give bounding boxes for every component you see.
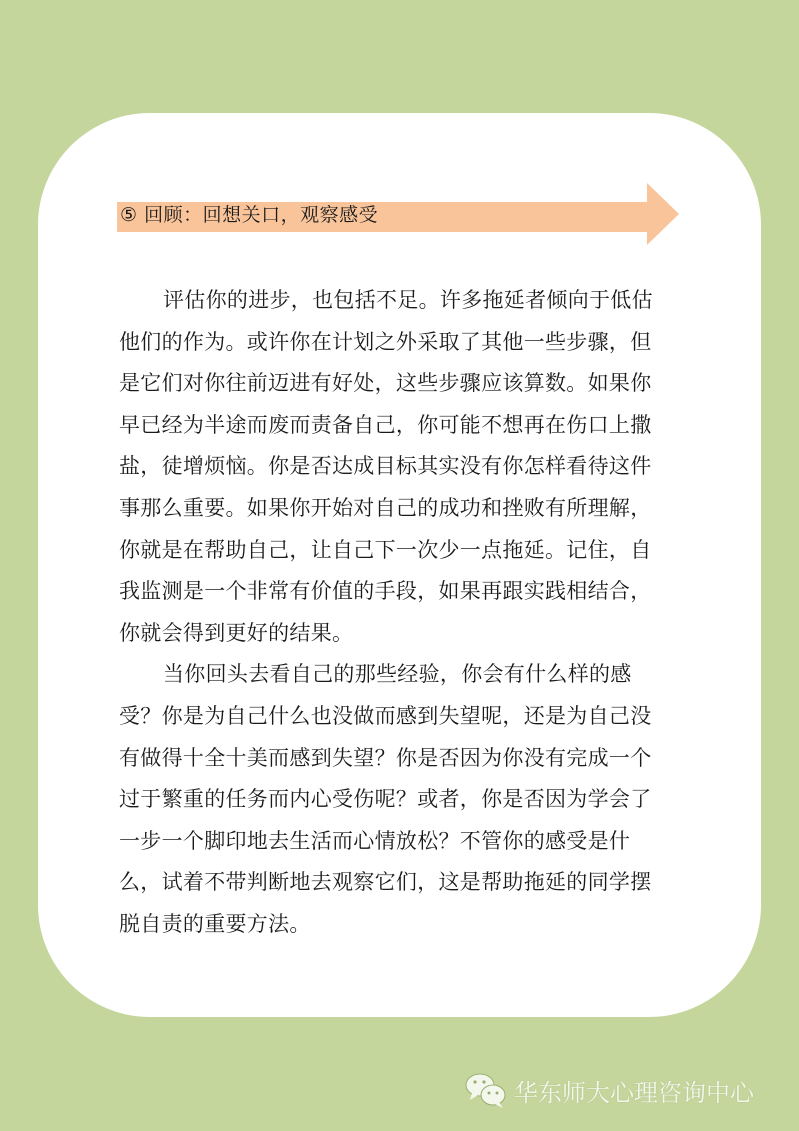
footer-account-name: 华东师大心理咨询中心 (514, 1073, 754, 1108)
text-line: 评估你的进步，也包括不足。许多拖延者倾向于低估 (119, 280, 665, 322)
section-header-title: ⑤ 回顾：回想关口，观察感受 (120, 200, 378, 227)
text-line: 早已经为半途而废而责备自己，你可能不想再在伤口上撒 (119, 405, 665, 447)
text-line: 他们的作为。或许你在计划之外采取了其他一些步骤，但 (119, 322, 665, 364)
text-line: 受？你是为自己什么也没做而感到失望呢，还是为自己没 (119, 696, 665, 738)
text-line: 我监测是一个非常有价值的手段，如果再跟实践相结合， (119, 571, 665, 613)
text-line: 有做得十全十美而感到失望？你是否因为你没有完成一个 (119, 738, 665, 780)
footer-watermark: 华东师大心理咨询中心 (464, 1068, 754, 1112)
text-line: 当你回头去看自己的那些经验，你会有什么样的感 (119, 654, 665, 696)
text-line: 么，试着不带判断地去观察它们，这是帮助拖延的同学摆 (119, 862, 665, 904)
section-header-arrow: ⑤ 回顾：回想关口，观察感受 (117, 183, 679, 245)
text-line: 你就会得到更好的结果。 (119, 613, 665, 655)
wechat-icon (464, 1070, 508, 1110)
text-line: 过于繁重的任务而内心受伤呢？或者，你是否因为学会了 (119, 779, 665, 821)
paragraph-2: 当你回头去看自己的那些经验，你会有什么样的感 受？你是为自己什么也没做而感到失望… (119, 654, 665, 945)
paragraph-1: 评估你的进步，也包括不足。许多拖延者倾向于低估 他们的作为。或许你在计划之外采取… (119, 280, 665, 654)
article-body: 评估你的进步，也包括不足。许多拖延者倾向于低估 他们的作为。或许你在计划之外采取… (119, 280, 665, 946)
text-line: 事那么重要。如果你开始对自己的成功和挫败有所理解， (119, 488, 665, 530)
text-line: 你就是在帮助自己，让自己下一次少一点拖延。记住，自 (119, 530, 665, 572)
text-line: 一步一个脚印地去生活而心情放松？不管你的感受是什 (119, 821, 665, 863)
text-line: 盐，徒增烦恼。你是否达成目标其实没有你怎样看待这件 (119, 446, 665, 488)
text-line: 脱自责的重要方法。 (119, 904, 665, 946)
text-line: 是它们对你往前迈进有好处，这些步骤应该算数。如果你 (119, 363, 665, 405)
